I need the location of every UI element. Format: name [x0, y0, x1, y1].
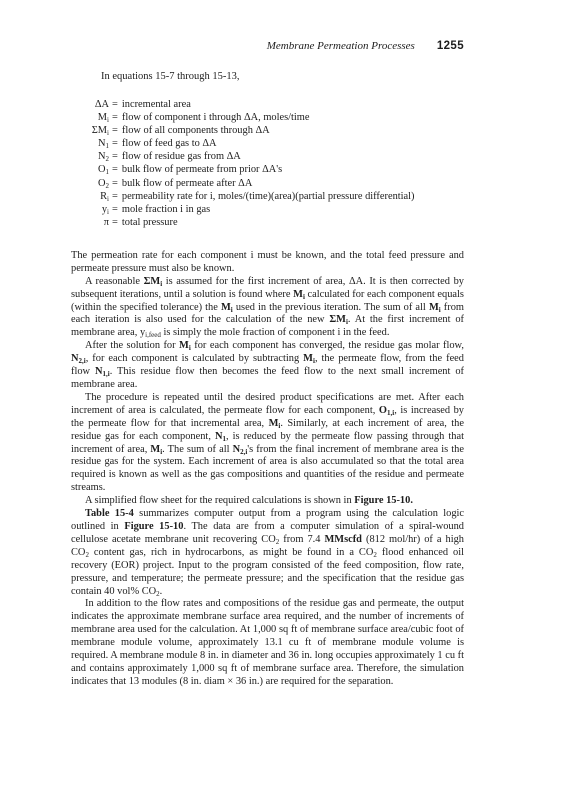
definition-text: bulk flow of permeate from prior ΔA's — [122, 163, 282, 176]
definition-row: ΔA = incremental area — [79, 98, 464, 111]
definition-row: N1 = flow of feed gas to ΔA — [79, 137, 464, 150]
definition-row: yi = mole fraction i in gas — [79, 203, 464, 216]
paragraph-after-solution: After the solution for Mi for each compo… — [71, 340, 464, 392]
equals-sign: = — [109, 163, 122, 176]
paragraph-procedure-repeated: The procedure is repeated until the desi… — [71, 392, 464, 495]
equals-sign: = — [109, 124, 122, 137]
equals-sign: = — [109, 216, 122, 229]
equals-sign: = — [109, 190, 122, 203]
definition-text: permeability rate for i, moles/(time)(ar… — [122, 190, 415, 203]
definition-term: π — [79, 216, 109, 229]
definition-row: Mi = flow of component i through ΔA, mol… — [79, 111, 464, 124]
equals-sign: = — [109, 150, 122, 163]
paragraph-flow-sheet: A simplified flow sheet for the required… — [71, 495, 464, 508]
definition-text: flow of all components through ΔA — [122, 124, 270, 137]
definition-row: O2 = bulk flow of permeate after ΔA — [79, 177, 464, 190]
definition-text: flow of residue gas from ΔA — [122, 150, 241, 163]
body-text: The permeation rate for each component i… — [71, 250, 464, 689]
paragraph-permeation-rate: The permeation rate for each component i… — [71, 250, 464, 276]
equals-sign: = — [109, 111, 122, 124]
definition-term: ΣMi — [79, 124, 109, 137]
running-title: Membrane Permeation Processes — [267, 40, 415, 52]
intro-line: In equations 15-7 through 15-13, — [71, 70, 464, 83]
definition-row: N2 = flow of residue gas from ΔA — [79, 150, 464, 163]
running-header: Membrane Permeation Processes 1255 — [71, 40, 464, 52]
definition-term: N1 — [79, 137, 109, 150]
definition-term: yi — [79, 203, 109, 216]
equals-sign: = — [109, 203, 122, 216]
paragraph-table-15-4: Table 15-4 summarizes computer output fr… — [71, 508, 464, 598]
definition-row: ΣMi = flow of all components through ΔA — [79, 124, 464, 137]
paragraph-module-sizing: In addition to the flow rates and compos… — [71, 598, 464, 688]
definition-list: ΔA = incremental area Mi = flow of compo… — [79, 98, 464, 229]
definition-term: ΔA — [79, 98, 109, 111]
definition-text: incremental area — [122, 98, 191, 111]
definition-row: π = total pressure — [79, 216, 464, 229]
definition-text: total pressure — [122, 216, 178, 229]
definition-text: flow of component i through ΔA, moles/ti… — [122, 111, 310, 124]
equals-sign: = — [109, 98, 122, 111]
definition-term: Ri — [79, 190, 109, 203]
definition-term: N2 — [79, 150, 109, 163]
definition-text: flow of feed gas to ΔA — [122, 137, 217, 150]
equals-sign: = — [109, 137, 122, 150]
definition-term: O2 — [79, 177, 109, 190]
paragraph-reasonable-sum: A reasonable ΣMi is assumed for the firs… — [71, 276, 464, 341]
definition-term: Mi — [79, 111, 109, 124]
equals-sign: = — [109, 177, 122, 190]
definition-text: bulk flow of permeate after ΔA — [122, 177, 252, 190]
definition-row: O1 = bulk flow of permeate from prior ΔA… — [79, 163, 464, 176]
definition-row: Ri = permeability rate for i, moles/(tim… — [79, 190, 464, 203]
page-number: 1255 — [437, 40, 464, 52]
definition-term: O1 — [79, 163, 109, 176]
book-page: Membrane Permeation Processes 1255 In eq… — [0, 0, 563, 800]
definition-text: mole fraction i in gas — [122, 203, 210, 216]
